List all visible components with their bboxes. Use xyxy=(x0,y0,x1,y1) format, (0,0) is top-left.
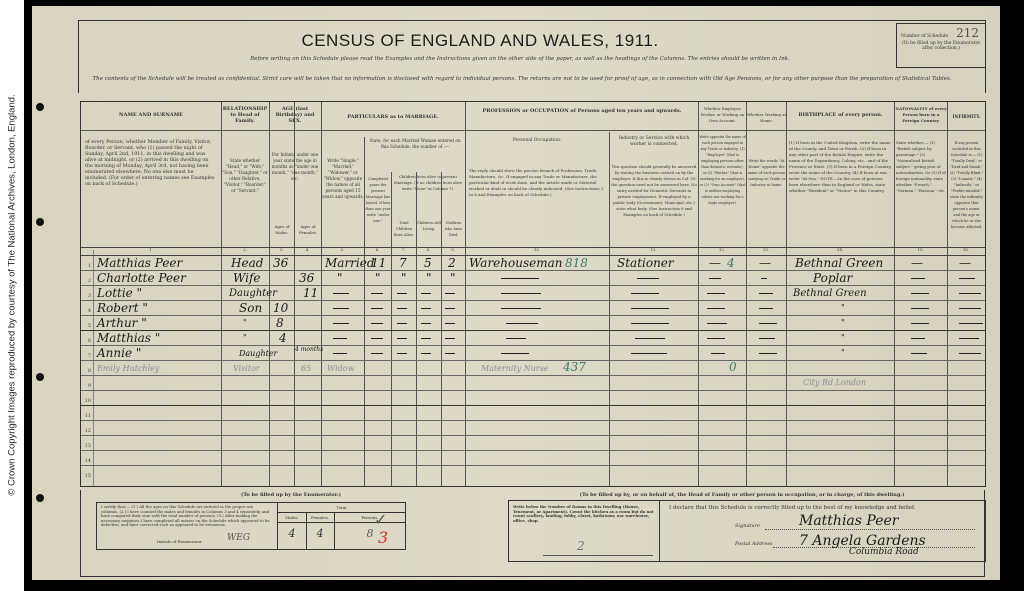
header-marriage-years: Completed years the present Marriage has… xyxy=(365,176,391,224)
header-age-desc: For Infants under one year state the age… xyxy=(270,152,320,182)
row-number: 6 xyxy=(83,338,91,344)
header-infirmity: INFIRMITY. xyxy=(948,114,985,120)
header-employer: Whether Employer, Worker, or Working on … xyxy=(699,106,746,124)
header-marriage-children: Children born alive to present Marriage.… xyxy=(392,174,464,192)
cell-name: Emily Hutchley xyxy=(97,364,159,373)
cell-age-female: 4 months xyxy=(295,346,323,353)
total-males: 4 xyxy=(278,527,306,540)
header-relationship-desc: State whether "Head," or "Wife," "Son," … xyxy=(222,158,268,194)
col-num: 1. xyxy=(81,247,221,252)
cell-name: Matthias Peer xyxy=(97,256,182,270)
cell-relationship: Son xyxy=(239,301,262,315)
signature-value: Matthias Peer xyxy=(799,513,898,529)
header-occupation-industry: Industry or Service with which worker is… xyxy=(610,136,698,148)
col-num: 8. xyxy=(416,247,441,252)
cell-name: Matthias " xyxy=(97,331,160,345)
copyright-credit: © Crown Copyright Images reproduced by c… xyxy=(0,0,24,591)
cell-age-female: 36 xyxy=(299,271,314,285)
address-label: Postal Address xyxy=(735,541,772,547)
cell-relationship: Daughter xyxy=(239,349,277,358)
punch-hole xyxy=(36,218,44,226)
row-number: 15 xyxy=(83,473,91,479)
header-occupation-personal-desc: The reply should show the precise branch… xyxy=(469,168,607,198)
col-num: 5. xyxy=(321,247,364,252)
cell-children-died: " xyxy=(450,271,456,285)
schedule-number-label: Number of Schedule xyxy=(901,34,948,39)
col-num: 2. xyxy=(221,247,269,252)
cell-name: Arthur " xyxy=(97,316,147,330)
col-num: 13. xyxy=(746,247,786,252)
cell-employer-code: 4 xyxy=(727,256,735,270)
signature-label: Signature xyxy=(735,523,760,529)
row-number: 14 xyxy=(83,458,91,464)
cell-birthplace: City Rd London xyxy=(803,378,866,387)
cell-years-married: 11 xyxy=(371,256,386,270)
females-label: Females. xyxy=(306,515,334,520)
cell-relationship: Visitor xyxy=(233,364,260,373)
row-number: 3 xyxy=(83,293,91,299)
cell-children-living: 5 xyxy=(424,256,432,270)
cell-industry: Stationer xyxy=(617,256,674,270)
address-line-2: Columbia Road xyxy=(849,547,919,557)
header-children-died: Children who have Died. xyxy=(442,220,465,238)
punch-hole xyxy=(36,103,44,111)
cell-occupation-code: 818 xyxy=(565,256,588,270)
cell-relationship: Head xyxy=(231,256,263,270)
enumerator-title: (To be filled up by the Enumerator.) xyxy=(81,492,501,498)
header-birthplace-desc: (1) If born in the United Kingdom, write… xyxy=(789,140,893,194)
schedule-number-box: Number of Schedule 212 (To be filled up … xyxy=(896,23,986,68)
declaration-text: I declare that this Schedule is correctl… xyxy=(669,505,916,511)
col-num: 14. xyxy=(786,247,894,252)
row-number: 7 xyxy=(83,353,91,359)
col-num: 4. xyxy=(294,247,321,252)
enumerator-certificate: I certify that:— (1.) All the ages on th… xyxy=(96,502,406,550)
cell-occupation-code: 437 xyxy=(563,360,586,374)
col-num: 11. xyxy=(609,247,698,252)
cell-relationship: Daughter xyxy=(229,288,277,299)
cell-relationship: " xyxy=(243,333,247,342)
check-mark: ✓ xyxy=(374,510,387,529)
declaration-box: Write below the Number of Rooms in this … xyxy=(508,500,986,562)
header-children-total: Total Children Born Alive. xyxy=(392,220,416,238)
punch-hole xyxy=(36,494,44,502)
cell-name: Robert " xyxy=(97,301,148,315)
males-label: Males. xyxy=(278,515,306,520)
cell-children-living: " xyxy=(426,271,432,285)
row-number: 9 xyxy=(83,383,91,389)
header-home-desc: Write the words "At Home" opposite the n… xyxy=(747,158,786,188)
cell-birthplace: " xyxy=(841,333,845,342)
header-marriage: PARTICULARS as to MARRIAGE. xyxy=(322,114,464,120)
row-number: 10 xyxy=(83,398,91,404)
cell-children-total: " xyxy=(401,271,407,285)
header-nationality-desc: State whether:— (1) "British subject by … xyxy=(896,140,946,194)
header-employer-desc: Write opposite the name of each person e… xyxy=(699,134,746,206)
header-occupation-industry-desc: This question should generally be answer… xyxy=(611,164,697,218)
row-number: 4 xyxy=(83,308,91,314)
form-instruction: Before writing on this Schedule please r… xyxy=(200,56,840,62)
cell-age-female: 65 xyxy=(301,364,311,373)
header-name: NAME AND SURNAME xyxy=(83,112,219,118)
rooms-label: Write below the Number of Rooms in this … xyxy=(513,505,655,523)
row-number: 2 xyxy=(83,278,91,284)
col-num: 9. xyxy=(441,247,465,252)
col-num: 15. xyxy=(894,247,947,252)
header-birthplace: BIRTHPLACE of every person. xyxy=(787,112,894,118)
form-confidentiality: The contents of the Schedule will be tre… xyxy=(82,75,962,84)
credit-text: © Crown Copyright Images reproduced by c… xyxy=(7,94,18,495)
col-num: 12. xyxy=(698,247,746,252)
cell-relationship: " xyxy=(243,318,247,327)
cell-birthplace: " xyxy=(841,318,845,327)
cell-birthplace: Bethnal Green xyxy=(793,288,867,299)
cell-age-male: 10 xyxy=(273,301,288,315)
cell-employer: — xyxy=(709,256,721,270)
cell-infirmity: — xyxy=(959,256,971,270)
cell-condition: Married xyxy=(325,256,375,270)
cell-years-married: " xyxy=(375,271,381,285)
header-marriage-state: State, for each Married Woman entered on… xyxy=(366,138,464,150)
row-number: 12 xyxy=(83,428,91,434)
col-num: 7. xyxy=(391,247,416,252)
row-number: 11 xyxy=(83,413,91,419)
header-nationality: NATIONALITY of every Person born in a Fo… xyxy=(895,106,947,124)
cell-name: Annie " xyxy=(97,346,141,360)
row-number: 13 xyxy=(83,443,91,449)
header-children-living: Children still Living. xyxy=(417,220,441,232)
cell-children-died: 2 xyxy=(448,256,456,270)
cell-age-female: 11 xyxy=(303,286,318,300)
schedule-number: 212 xyxy=(956,26,979,40)
total-persons: 8 xyxy=(334,527,406,540)
header-occupation-personal: Personal Occupation. xyxy=(467,138,607,144)
col-num: 10. xyxy=(465,247,609,252)
header-age-females: Ages of Females. xyxy=(295,224,321,236)
initials-value: WEG xyxy=(227,533,250,543)
rooms-box: Write below the Number of Rooms in this … xyxy=(509,501,660,561)
cell-nationality: — xyxy=(911,256,923,270)
cell-age-male: 8 xyxy=(276,316,284,330)
cell-occupation: Warehouseman xyxy=(469,256,563,270)
total-females: 4 xyxy=(306,527,334,540)
cell-employer-code: 0 xyxy=(729,360,737,374)
cell-occupation: Maternity Nurse xyxy=(481,364,549,373)
header-marriage-condition: Write "Single," "Married," "Widower," or… xyxy=(322,158,364,200)
header-home: Whether Working at Home. xyxy=(747,112,786,124)
cell-condition: Widow xyxy=(327,364,354,373)
head-title: (To be filled up by, or on behalf of, th… xyxy=(500,492,984,498)
persons-label: Persons. xyxy=(334,515,406,520)
header-infirmity-desc: If any person included in this Schedule … xyxy=(949,140,984,230)
cell-name: Charlotte Peer xyxy=(97,271,186,285)
row-number: 8 xyxy=(83,368,91,374)
cell-children-total: 7 xyxy=(399,256,407,270)
cell-age-male: 36 xyxy=(273,256,288,270)
census-table: NAME AND SURNAME of every Person, whethe… xyxy=(80,101,986,487)
cell-birthplace: " xyxy=(841,303,845,312)
cell-birthplace: Poplar xyxy=(813,271,852,285)
cell-condition: " xyxy=(337,271,343,285)
form-title: CENSUS OF ENGLAND AND WALES, 1911. xyxy=(240,31,720,51)
schedule-number-note: (To be filled up by the Enumerator after… xyxy=(900,41,982,51)
header-age: AGE (last Birthday) and SEX. xyxy=(270,106,320,124)
cell-name: Lottie " xyxy=(97,286,142,300)
header-name-desc: of every Person, whether Member of Famil… xyxy=(85,140,217,188)
cell-relationship: Wife xyxy=(233,271,261,285)
col-num: 16. xyxy=(947,247,985,252)
red-annotation: 3 xyxy=(378,528,388,547)
punch-hole xyxy=(36,373,44,381)
row-number: 5 xyxy=(83,323,91,329)
cell-birthplace: " xyxy=(841,348,845,357)
header-occupation: PROFESSION or OCCUPATION of Persons aged… xyxy=(466,108,698,114)
cell-home: — xyxy=(759,256,771,270)
cell-birthplace: Bethnal Green xyxy=(795,256,883,270)
header-relationship: RELATIONSHIP to Head of Family. xyxy=(222,106,268,124)
certify-text: I certify that:— (1.) All the ages on th… xyxy=(101,505,271,528)
row-number: 1 xyxy=(83,263,91,269)
cell-age-male: 4 xyxy=(279,331,287,345)
col-num: 3. xyxy=(269,247,294,252)
header-age-males: Ages of Males. xyxy=(270,224,294,236)
rooms-value: 2 xyxy=(577,539,585,553)
col-num: 6. xyxy=(364,247,391,252)
initials-label: Initials of Enumerator xyxy=(157,539,202,544)
